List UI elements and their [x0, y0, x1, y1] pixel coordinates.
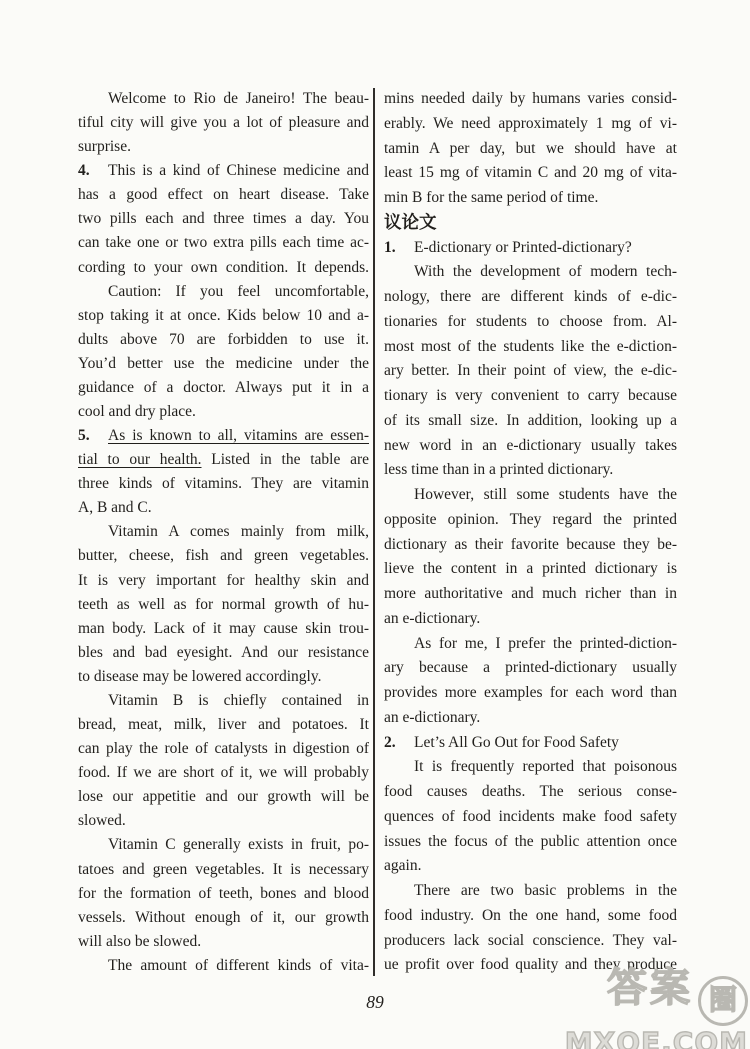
text-line: It is frequently reported that poisonous — [384, 755, 677, 780]
text-segment: lieve the content in a printed dictionar… — [384, 560, 677, 577]
text-segment: Listed in the table are — [202, 451, 370, 468]
text-line: 1.E-dictionary or Printed-dictionary? — [384, 236, 677, 261]
text-segment: less time than in a printed dictionary. — [384, 461, 613, 478]
item-number: 1. — [384, 236, 414, 261]
text-segment: food industry. On the one hand, some foo… — [384, 907, 677, 924]
text-line: producers lack social conscience. They v… — [384, 929, 677, 954]
text-line: issues the focus of the public attention… — [384, 830, 677, 855]
text-line: food causes deaths. The serious conse- — [384, 780, 677, 805]
text-line: quences of food incidents make food safe… — [384, 805, 677, 830]
text-line: will also be slowed. — [78, 930, 369, 954]
text-line: cording to your own condition. It depend… — [78, 256, 369, 280]
text-segment: guidance of a doctor. Always put it in a — [78, 379, 369, 396]
text-segment: new word in an e-dictionary usually take… — [384, 437, 677, 454]
text-segment: min B for the same period of time. — [384, 189, 598, 206]
text-line: You’d better use the medicine under the — [78, 352, 369, 376]
text-segment: ary because a printed-dictionary usually — [384, 659, 677, 676]
text-line: It is very important for healthy skin an… — [78, 569, 369, 593]
text-line: ary better. In their point of view, the … — [384, 359, 677, 384]
text-segment: 议论文 — [384, 213, 437, 233]
text-line: lieve the content in a printed dictionar… — [384, 557, 677, 582]
text-line: dictionary as their favorite because the… — [384, 533, 677, 558]
text-line: tionaries for students to choose from. A… — [384, 310, 677, 335]
watermark-brand: 答案圈 — [565, 968, 748, 1026]
item-number: 2. — [384, 731, 414, 756]
text-segment: erably. We need approximately 1 mg of vi… — [384, 115, 677, 132]
text-segment: tionary is very convenient to carry beca… — [384, 387, 677, 404]
text-segment: It is frequently reported that poisonous — [414, 758, 677, 775]
text-line: three kinds of vitamins. They are vitami… — [78, 472, 369, 496]
text-segment: Welcome to Rio de Janeiro! The beau- — [108, 90, 369, 107]
text-segment: There are two basic problems in the — [414, 882, 677, 899]
text-line: erably. We need approximately 1 mg of vi… — [384, 112, 677, 137]
text-segment: least 15 mg of vitamin C and 20 mg of vi… — [384, 164, 677, 181]
text-line: As for me, I prefer the printed-diction- — [384, 632, 677, 657]
text-line: slowed. — [78, 809, 369, 833]
text-segment: bles and bad eyesight. And our resistanc… — [78, 644, 369, 661]
text-line: A, B and C. — [78, 496, 369, 520]
text-line: tiful city will give you a lot of pleasu… — [78, 111, 369, 135]
text-line: 5.As is known to all, vitamins are essen… — [78, 424, 369, 448]
text-segment: to disease may be lowered accordingly. — [78, 668, 321, 685]
text-line: lose our appetitie and our growth will b… — [78, 785, 369, 809]
text-line: tatoes and green vegetables. It is neces… — [78, 858, 369, 882]
text-line: an e-dictionary. — [384, 706, 677, 731]
text-segment: provides more examples for each word tha… — [384, 684, 677, 701]
text-line: tamin A per day, but we should have at — [384, 137, 677, 162]
text-line: less time than in a printed dictionary. — [384, 458, 677, 483]
text-line: Welcome to Rio de Janeiro! The beau- — [78, 87, 369, 111]
text-segment: an e-dictionary. — [384, 709, 480, 726]
text-line: Caution: If you feel uncomfortable, — [78, 280, 369, 304]
column-divider-line — [373, 88, 375, 976]
text-segment: surprise. — [78, 138, 131, 155]
text-segment: dults above 70 are forbidden to use it. — [78, 331, 369, 348]
text-segment: opposite opinion. They regard the printe… — [384, 511, 677, 528]
text-segment: Vitamin C generally exists in fruit, po- — [108, 836, 369, 853]
text-line: has a good effect on heart disease. Take — [78, 183, 369, 207]
text-segment: three kinds of vitamins. They are vitami… — [78, 475, 369, 492]
text-segment: has a good effect on heart disease. Take — [78, 186, 369, 203]
text-line: butter, cheese, fish and green vegetable… — [78, 544, 369, 568]
right-column: mins needed daily by humans varies consi… — [384, 87, 677, 978]
underlined-text: As is known to all, vitamins are essen- — [108, 427, 369, 444]
text-segment: two pills each and three times a day. Yo… — [78, 210, 369, 227]
text-line: vessels. Without enough of it, our growt… — [78, 906, 369, 930]
text-line: Vitamin C generally exists in fruit, po- — [78, 833, 369, 857]
text-line: an e-dictionary. — [384, 607, 677, 632]
text-line: can take one or two extra pills each tim… — [78, 231, 369, 255]
text-line: surprise. — [78, 135, 369, 159]
watermark-domain: MXQE.COM — [565, 1029, 748, 1049]
text-line: more authoritative and much richer than … — [384, 582, 677, 607]
text-segment: man body. Lack of it may cause skin trou… — [78, 620, 369, 637]
text-segment: tatoes and green vegetables. It is neces… — [78, 861, 369, 878]
underlined-text: tial to our health. — [78, 451, 202, 468]
text-line: nology, there are different kinds of e-d… — [384, 285, 677, 310]
text-segment: again. — [384, 857, 421, 874]
left-column: Welcome to Rio de Janeiro! The beau-tifu… — [78, 87, 369, 978]
text-line: man body. Lack of it may cause skin trou… — [78, 617, 369, 641]
text-segment: an e-dictionary. — [384, 610, 480, 627]
text-line: food industry. On the one hand, some foo… — [384, 904, 677, 929]
text-line: two pills each and three times a day. Yo… — [78, 207, 369, 231]
text-line: bread, meat, milk, liver and potatoes. I… — [78, 713, 369, 737]
text-line: food. If we are short of it, we will pro… — [78, 761, 369, 785]
text-line: With the development of modern tech- — [384, 260, 677, 285]
text-segment: tionaries for students to choose from. A… — [384, 313, 677, 330]
text-segment: quences of food incidents make food safe… — [384, 808, 677, 825]
text-segment: nology, there are different kinds of e-d… — [384, 288, 677, 305]
text-line: However, still some students have the — [384, 483, 677, 508]
text-line: can play the role of catalysts in digest… — [78, 737, 369, 761]
text-line: Vitamin B is chiefly contained in — [78, 689, 369, 713]
text-segment: food causes deaths. The serious conse- — [384, 783, 677, 800]
text-line: new word in an e-dictionary usually take… — [384, 434, 677, 459]
text-line: 2.Let’s All Go Out for Food Safety — [384, 731, 677, 756]
text-line: There are two basic problems in the — [384, 879, 677, 904]
section-heading: 议论文 — [384, 211, 677, 236]
text-segment: for the formation of teeth, bones and bl… — [78, 885, 369, 902]
text-segment: Let’s All Go Out for Food Safety — [414, 734, 619, 751]
text-segment: most most of the students like the e-dic… — [384, 338, 677, 355]
text-segment: You’d better use the medicine under the — [78, 355, 369, 372]
text-segment: Vitamin A comes mainly from milk, — [108, 523, 369, 540]
item-number: 5. — [78, 424, 108, 448]
text-line: provides more examples for each word tha… — [384, 681, 677, 706]
text-segment: vessels. Without enough of it, our growt… — [78, 909, 369, 926]
text-segment: E-dictionary or Printed-dictionary? — [414, 239, 632, 256]
text-segment: slowed. — [78, 812, 126, 829]
text-segment: ary better. In their point of view, the … — [384, 362, 677, 379]
watermark: 答案圈 MXQE.COM — [565, 968, 748, 1049]
text-line: guidance of a doctor. Always put it in a — [78, 376, 369, 400]
text-line: opposite opinion. They regard the printe… — [384, 508, 677, 533]
text-segment: The amount of different kinds of vita- — [108, 957, 369, 974]
text-segment: With the development of modern tech- — [414, 263, 677, 280]
text-segment: As for me, I prefer the printed-diction- — [414, 635, 677, 652]
text-segment: food. If we are short of it, we will pro… — [78, 764, 369, 781]
text-line: least 15 mg of vitamin C and 20 mg of vi… — [384, 161, 677, 186]
item-number: 4. — [78, 159, 108, 183]
text-line: tionary is very convenient to carry beca… — [384, 384, 677, 409]
text-line: stop taking it at once. Kids below 10 an… — [78, 304, 369, 328]
text-segment: can take one or two extra pills each tim… — [78, 234, 369, 251]
text-segment: dictionary as their favorite because the… — [384, 536, 677, 553]
text-line: mins needed daily by humans varies consi… — [384, 87, 677, 112]
text-segment: mins needed daily by humans varies consi… — [384, 90, 677, 107]
watermark-circle-icon: 圈 — [698, 976, 748, 1026]
text-segment: butter, cheese, fish and green vegetable… — [78, 547, 369, 564]
text-segment: lose our appetitie and our growth will b… — [78, 788, 369, 805]
text-segment: of its small size. In addition, looking … — [384, 412, 677, 429]
text-segment: issues the focus of the public attention… — [384, 833, 677, 850]
text-line: teeth as well as for normal growth of hu… — [78, 593, 369, 617]
text-segment: tamin A per day, but we should have at — [384, 140, 677, 157]
text-segment: producers lack social conscience. They v… — [384, 932, 677, 949]
text-segment: However, still some students have the — [414, 486, 677, 503]
text-line: to disease may be lowered accordingly. — [78, 665, 369, 689]
text-segment: teeth as well as for normal growth of hu… — [78, 596, 369, 613]
text-segment: Caution: If you feel uncomfortable, — [108, 283, 369, 300]
text-segment: can play the role of catalysts in digest… — [78, 740, 369, 757]
text-segment: A, B and C. — [78, 499, 152, 516]
text-segment: It is very important for healthy skin an… — [78, 572, 369, 589]
text-line: most most of the students like the e-dic… — [384, 335, 677, 360]
text-line: of its small size. In addition, looking … — [384, 409, 677, 434]
text-line: for the formation of teeth, bones and bl… — [78, 882, 369, 906]
text-line: 4.This is a kind of Chinese medicine and — [78, 159, 369, 183]
watermark-brand-text: 答案 — [607, 965, 693, 1011]
text-line: min B for the same period of time. — [384, 186, 677, 211]
text-segment: tiful city will give you a lot of pleasu… — [78, 114, 369, 131]
scanned-book-page: Welcome to Rio de Janeiro! The beau-tifu… — [0, 0, 750, 1049]
text-segment: bread, meat, milk, liver and potatoes. I… — [78, 716, 369, 733]
text-segment: This is a kind of Chinese medicine and — [108, 162, 369, 179]
text-line: bles and bad eyesight. And our resistanc… — [78, 641, 369, 665]
text-segment: more authoritative and much richer than … — [384, 585, 677, 602]
text-segment: stop taking it at once. Kids below 10 an… — [78, 307, 369, 324]
text-line: tial to our health. Listed in the table … — [78, 448, 369, 472]
text-segment: will also be slowed. — [78, 933, 201, 950]
text-line: again. — [384, 854, 677, 879]
text-line: The amount of different kinds of vita- — [78, 954, 369, 978]
text-segment: Vitamin B is chiefly contained in — [108, 692, 369, 709]
text-line: Vitamin A comes mainly from milk, — [78, 520, 369, 544]
text-segment: cording to your own condition. It depend… — [78, 259, 369, 276]
text-line: dults above 70 are forbidden to use it. — [78, 328, 369, 352]
text-line: cool and dry place. — [78, 400, 369, 424]
text-segment: cool and dry place. — [78, 403, 196, 420]
text-line: ary because a printed-dictionary usually — [384, 656, 677, 681]
